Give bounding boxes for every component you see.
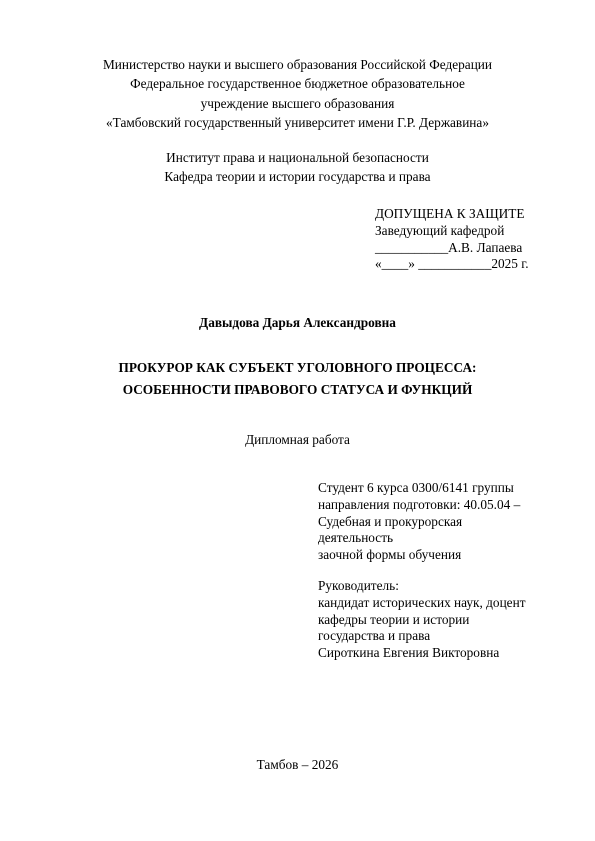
student-course-group: Студент 6 курса 0300/6141 группы — [318, 480, 520, 497]
student-info: Студент 6 курса 0300/6141 группы направл… — [318, 480, 520, 564]
student-program-line: Судебная и прокурорская — [318, 514, 520, 531]
approval-status: ДОПУЩЕНА К ЗАЩИТЕ — [375, 206, 529, 223]
approval-signature-line: ___________А.В. Лапаева — [375, 240, 529, 257]
title-page: Министерство науки и высшего образования… — [0, 0, 595, 841]
department-name: Кафедра теории и истории государства и п… — [0, 167, 595, 186]
supervisor-degree: кандидат исторических наук, доцент — [318, 595, 526, 612]
ministry-line: Министерство науки и высшего образования… — [0, 55, 595, 74]
supervisor-department: государства и права — [318, 628, 526, 645]
student-study-form: заочной формы обучения — [318, 547, 520, 564]
student-program-line: деятельность — [318, 530, 520, 547]
thesis-title-line: ПРОКУРОР КАК СУБЪЕКТ УГОЛОВНОГО ПРОЦЕССА… — [0, 357, 595, 379]
supervisor-info: Руководитель: кандидат исторических наук… — [318, 578, 526, 662]
student-program-line: направления подготовки: 40.05.04 – — [318, 497, 520, 514]
education-level-line: учреждение высшего образования — [0, 94, 595, 113]
ministry-header: Министерство науки и высшего образования… — [0, 55, 595, 132]
approval-date-line: «____» ___________2025 г. — [375, 256, 529, 273]
university-name-line: «Тамбовский государственный университет … — [0, 113, 595, 132]
supervisor-department: кафедры теории и истории — [318, 612, 526, 629]
institute-name: Институт права и национальной безопаснос… — [0, 148, 595, 167]
supervisor-name: Сироткина Евгения Викторовна — [318, 645, 526, 662]
thesis-title-line: ОСОБЕННОСТИ ПРАВОВОГО СТАТУСА И ФУНКЦИЙ — [0, 379, 595, 401]
institute-department-block: Институт права и национальной безопаснос… — [0, 148, 595, 187]
work-type: Дипломная работа — [0, 430, 595, 449]
institution-type-line: Федеральное государственное бюджетное об… — [0, 74, 595, 93]
city-year: Тамбов – 2026 — [0, 755, 595, 774]
supervisor-label: Руководитель: — [318, 578, 526, 595]
approval-stamp: ДОПУЩЕНА К ЗАЩИТЕ Заведующий кафедрой __… — [375, 206, 529, 273]
author-name: Давыдова Дарья Александровна — [0, 313, 595, 332]
approval-role: Заведующий кафедрой — [375, 223, 529, 240]
thesis-title: ПРОКУРОР КАК СУБЪЕКТ УГОЛОВНОГО ПРОЦЕССА… — [0, 357, 595, 401]
